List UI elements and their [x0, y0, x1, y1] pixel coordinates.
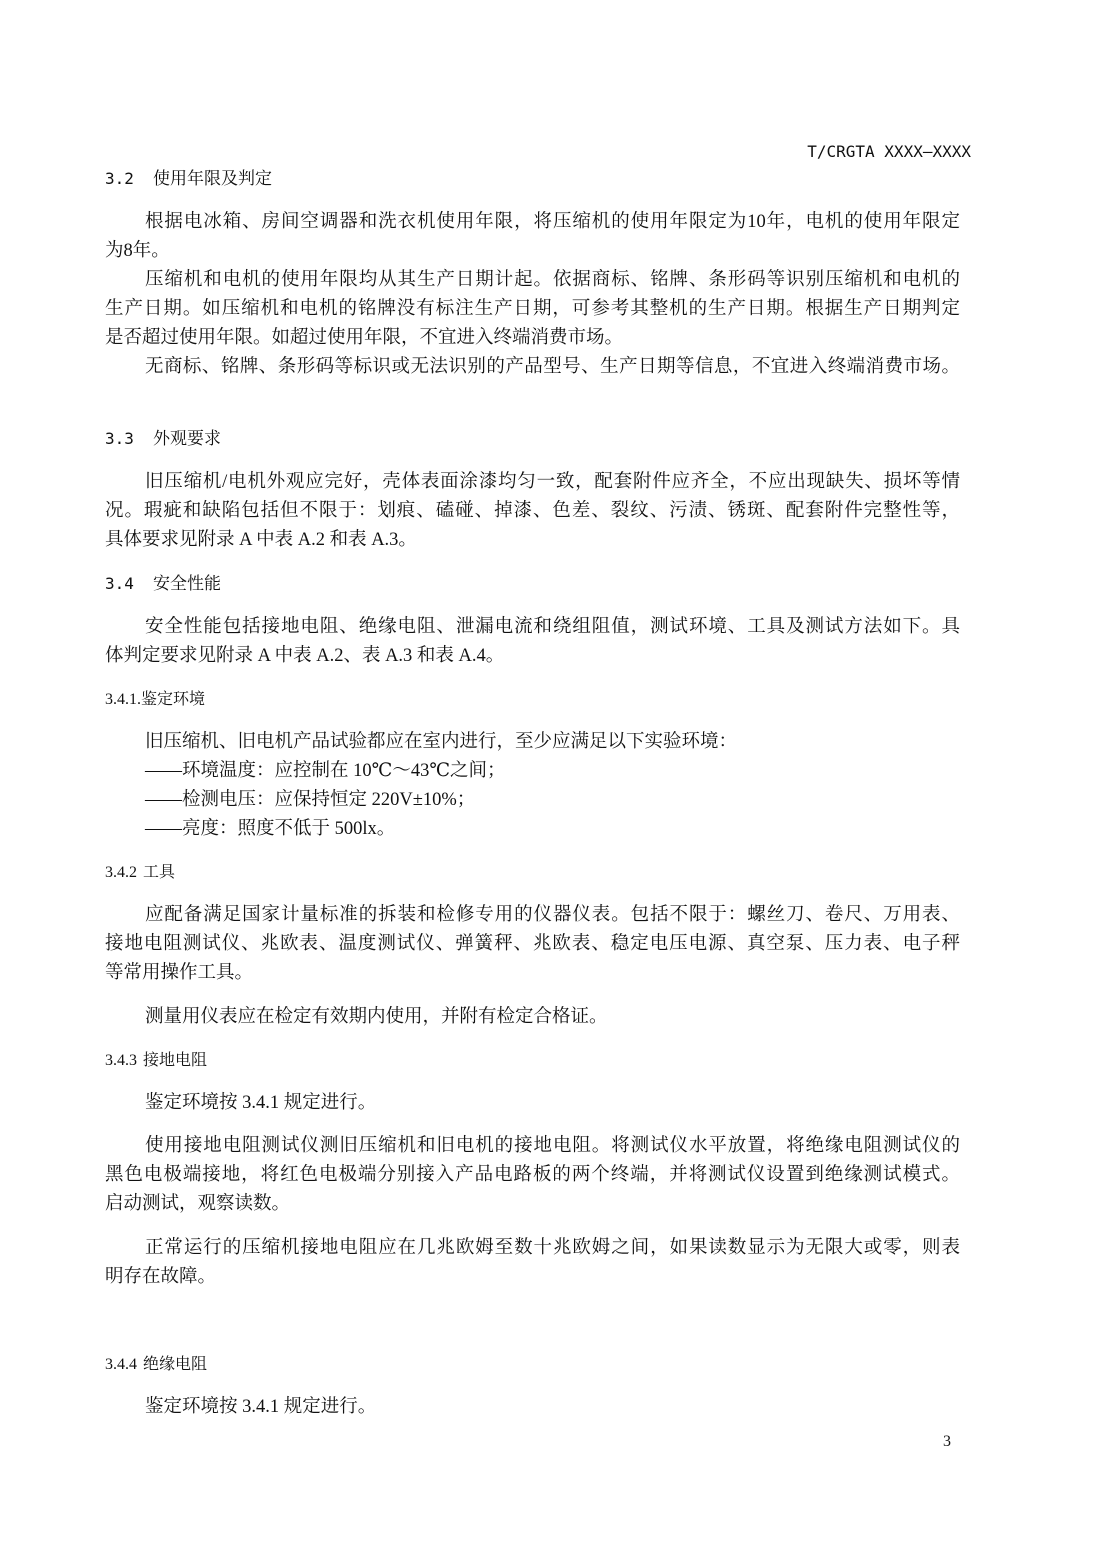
page-number: 3	[943, 1433, 951, 1451]
subsection-number: 3.4.3	[105, 1052, 137, 1069]
paragraph-line: 为8年。	[105, 240, 170, 262]
document-page: T/CRGTA XXXX—XXXX 3.2使用年限及判定 根据电冰箱、房间空调器…	[0, 0, 1102, 1559]
section-title: 安全性能	[153, 574, 221, 594]
paragraph-line: 应配备满足国家计量标准的拆装和检修专用的仪器仪表。包括不限于：螺丝刀、卷尺、万用…	[145, 904, 960, 926]
paragraph-line: 是否超过使用年限。如超过使用年限，不宜进入终端消费市场。	[105, 327, 623, 349]
paragraph-line: 旧压缩机、旧电机产品试验都应在室内进行，至少应满足以下实验环境：	[145, 731, 737, 753]
section-number: 3.2	[105, 168, 153, 190]
subsection-title: 鉴定环境	[141, 689, 205, 708]
list-item: ——亮度：照度不低于 500lx。	[145, 818, 395, 840]
paragraph-line: 正常运行的压缩机接地电阻应在几兆欧姆至数十兆欧姆之间，如果读数显示为无限大或零，…	[145, 1237, 960, 1259]
paragraph-line: 安全性能包括接地电阻、绝缘电阻、泄漏电流和绕组阻值，测试环境、工具及测试方法如下…	[145, 616, 960, 638]
paragraph-line: 启动测试，观察读数。	[105, 1193, 290, 1215]
subsection-number: 3.4.4	[105, 1356, 137, 1373]
list-item: ——检测电压：应保持恒定 220V±10%；	[145, 789, 475, 811]
subsection-heading-3-4-3: 3.4.3接地电阻	[105, 1049, 207, 1072]
subsection-number: 3.4.1.	[105, 691, 141, 708]
paragraph-line: 无商标、铭牌、条形码等标识或无法识别的产品型号、生产日期等信息，不宜进入终端消费…	[145, 356, 960, 378]
section-heading-3-2: 3.2使用年限及判定	[105, 168, 272, 190]
paragraph-line: 根据电冰箱、房间空调器和洗衣机使用年限，将压缩机的使用年限定为10年，电机的使用…	[145, 211, 960, 233]
subsection-heading-3-4-4: 3.4.4绝缘电阻	[105, 1353, 207, 1376]
paragraph-line: 具体要求见附录 A 中表 A.2 和表 A.3。	[105, 529, 417, 551]
subsection-number: 3.4.2	[105, 864, 137, 881]
paragraph-line: 明存在故障。	[105, 1266, 216, 1288]
paragraph-line: 压缩机和电机的使用年限均从其生产日期计起。依据商标、铭牌、条形码等识别压缩机和电…	[145, 269, 960, 291]
paragraph-line: 黑色电极端接地，将红色电极端分别接入产品电路板的两个终端，并将测试仪设置到绝缘测…	[105, 1164, 960, 1186]
subsection-heading-3-4-2: 3.4.2工具	[105, 861, 175, 884]
paragraph-line: 接地电阻测试仪、兆欧表、温度测试仪、弹簧秤、兆欧表、稳定电压电源、真空泵、压力表…	[105, 933, 960, 955]
paragraph-line: 旧压缩机/电机外观应完好，壳体表面涂漆均匀一致，配套附件应齐全，不应出现缺失、损…	[145, 471, 960, 493]
paragraph-line: 鉴定环境按 3.4.1 规定进行。	[145, 1092, 376, 1114]
section-heading-3-3: 3.3外观要求	[105, 428, 221, 450]
list-item: ——环境温度：应控制在 10℃～43℃之间；	[145, 760, 506, 782]
subsection-heading-3-4-1: 3.4.1.鉴定环境	[105, 688, 205, 711]
paragraph-line: 测量用仪表应在检定有效期内使用，并附有检定合格证。	[145, 1006, 608, 1028]
paragraph-line: 使用接地电阻测试仪测旧压缩机和旧电机的接地电阻。将测试仪水平放置，将绝缘电阻测试…	[145, 1135, 960, 1157]
subsection-title: 接地电阻	[143, 1050, 207, 1069]
paragraph-line: 鉴定环境按 3.4.1 规定进行。	[145, 1396, 376, 1418]
subsection-title: 绝缘电阻	[143, 1354, 207, 1373]
paragraph-line: 体判定要求见附录 A 中表 A.2、表 A.3 和表 A.4。	[105, 645, 504, 667]
section-title: 使用年限及判定	[153, 169, 272, 189]
section-title: 外观要求	[153, 429, 221, 449]
paragraph-line: 等常用操作工具。	[105, 962, 253, 984]
document-code-header: T/CRGTA XXXX—XXXX	[807, 142, 971, 161]
section-number: 3.4	[105, 573, 153, 595]
section-heading-3-4: 3.4安全性能	[105, 573, 221, 595]
section-number: 3.3	[105, 428, 153, 450]
paragraph-line: 况。瑕疵和缺陷包括但不限于：划痕、磕碰、掉漆、色差、裂纹、污渍、锈斑、配套附件完…	[105, 500, 960, 522]
paragraph-line: 生产日期。如压缩机和电机的铭牌没有标注生产日期，可参考其整机的生产日期。根据生产…	[105, 298, 960, 320]
subsection-title: 工具	[143, 862, 175, 881]
